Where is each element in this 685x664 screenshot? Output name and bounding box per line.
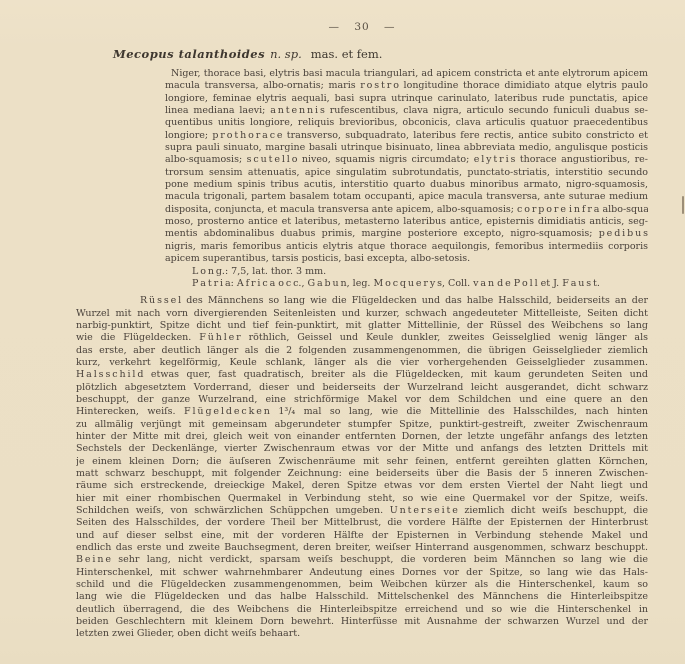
text-line: moso, prosterno antice et lateribus, met… <box>165 216 648 228</box>
text-line: Sechstels der Deckenlänge, vierter Zwisc… <box>76 443 648 455</box>
patria-line: P a t r i a: A f r i c a o c c., G a b u… <box>192 278 648 290</box>
text-line: longiore; p r o t h o r a c e transverso… <box>165 130 648 142</box>
species-designation: n. sp. <box>270 47 302 61</box>
text-line: endlich das erste und zweite Bauchsegmen… <box>76 542 648 554</box>
text-line: R ü s s e l des Männchens so lang wie di… <box>76 295 648 307</box>
text-line: räume sich erstreckende, dreieckige Make… <box>76 480 648 492</box>
species-sexes: mas. et fem. <box>311 47 383 61</box>
text-line: matt schwarz beschuppt, mit folgender Ze… <box>76 468 648 480</box>
text-line: pone medium spinis tribus acutis, inters… <box>165 179 648 191</box>
scanned-book-page: — 30 — Mecopus talanthoidesn. sp.mas. et… <box>0 0 685 664</box>
german-description-paragraph: R ü s s e l des Männchens so lang wie di… <box>76 295 648 641</box>
text-line: quentibus unitis longiore, reliquis brev… <box>165 117 648 129</box>
text-line: das erste, aber deutlich länger als die … <box>76 345 648 357</box>
species-name: Mecopus talanthoides <box>113 47 265 61</box>
text-line: letzten zwei Glieder, oben dicht weiſs b… <box>76 628 648 640</box>
text-line: Wurzel mit nach vorn divergierenden Seit… <box>76 308 648 320</box>
text-line: Seiten des Halsschildes, der vordere The… <box>76 517 648 529</box>
text-line: kurz, verkehrt kegelförmig, Keule schlan… <box>76 357 648 369</box>
latin-diagnosis-paragraph: Niger, thorace basi, elytris basi macula… <box>165 68 648 266</box>
text-line: B e i n e sehr lang, nicht verdickt, spa… <box>76 554 648 566</box>
text-line: supra pauli sinuato, margine basali utri… <box>165 142 648 154</box>
measurements-line: L o n g.: 7,5, lat. thor. 3 mm. <box>192 266 648 278</box>
page-content: — 30 — Mecopus talanthoidesn. sp.mas. et… <box>0 0 685 641</box>
text-line: Niger, thorace basi, elytris basi macula… <box>165 68 648 80</box>
text-line: trorsum sensim attenuatis, apice singula… <box>165 167 648 179</box>
text-line: deutlich überragend, die des Weibchens d… <box>76 604 648 616</box>
text-line: schild und die Flügeldecken zusammengeno… <box>76 579 648 591</box>
header-right-dash: — <box>384 21 396 33</box>
text-line: disposita, conjuncta, et macula transver… <box>165 204 648 216</box>
text-line: nigris, maris femoribus anticis elytris … <box>165 241 648 253</box>
text-line: narbig-punktirt, Spitze dicht und tief f… <box>76 320 648 332</box>
scan-edge-artifact <box>682 196 684 214</box>
page-number-header: — 30 — <box>76 21 648 34</box>
text-line: longiore, feminae elytris aequali, basi … <box>165 93 648 105</box>
text-line: plötzlich abgesetztem Vorderrand, dieser… <box>76 382 648 394</box>
text-line: linea mediana laevi; a n t e n n i s ruf… <box>165 105 648 117</box>
text-line: apicem superantibus, tarsis posticis, ba… <box>165 253 648 265</box>
text-line: macula transversa, albo-ornatis; maris r… <box>165 80 648 92</box>
page-number: 30 <box>354 21 369 33</box>
text-line: wie die Flügeldecken. F ü h l e r röthli… <box>76 332 648 344</box>
species-heading: Mecopus talanthoidesn. sp.mas. et fem. <box>113 47 648 62</box>
text-line: hinter der Mitte mit drei, gleich weit v… <box>76 431 648 443</box>
text-line: und auf dieser selbst eine, mit der vord… <box>76 530 648 542</box>
text-line: H a l s s c h i l d etwas quer, fast qua… <box>76 369 648 381</box>
text-line: beiden Geschlechtern mit kleinem Dorn be… <box>76 616 648 628</box>
text-line: Hinterecken, weiſs. F l ü g e l d e c k … <box>76 406 648 418</box>
text-line: macula trigonali, partem basalem totam o… <box>165 191 648 203</box>
text-line: hier mit einer rhombischen Quermakel in … <box>76 493 648 505</box>
text-line: albo-squamosis; s c u t e l l o niveo, s… <box>165 154 648 166</box>
text-line: beschuppt, der ganze Wurzelrand, eine st… <box>76 394 648 406</box>
text-line: lang wie die Flügeldecken und das halbe … <box>76 591 648 603</box>
text-line: Schildchen weiſs, von schwärzlichen Schü… <box>76 505 648 517</box>
text-line: Hinterschenkel, mit schwer wahrnehmbarer… <box>76 567 648 579</box>
header-left-dash: — <box>328 21 340 33</box>
text-line: je einem kleinen Dorn; die äuſseren Zwis… <box>76 456 648 468</box>
text-line: mentis abdominalibus duabus primis, marg… <box>165 228 648 240</box>
text-line: zu allmälig verjüngt mit gemeinsam abger… <box>76 419 648 431</box>
